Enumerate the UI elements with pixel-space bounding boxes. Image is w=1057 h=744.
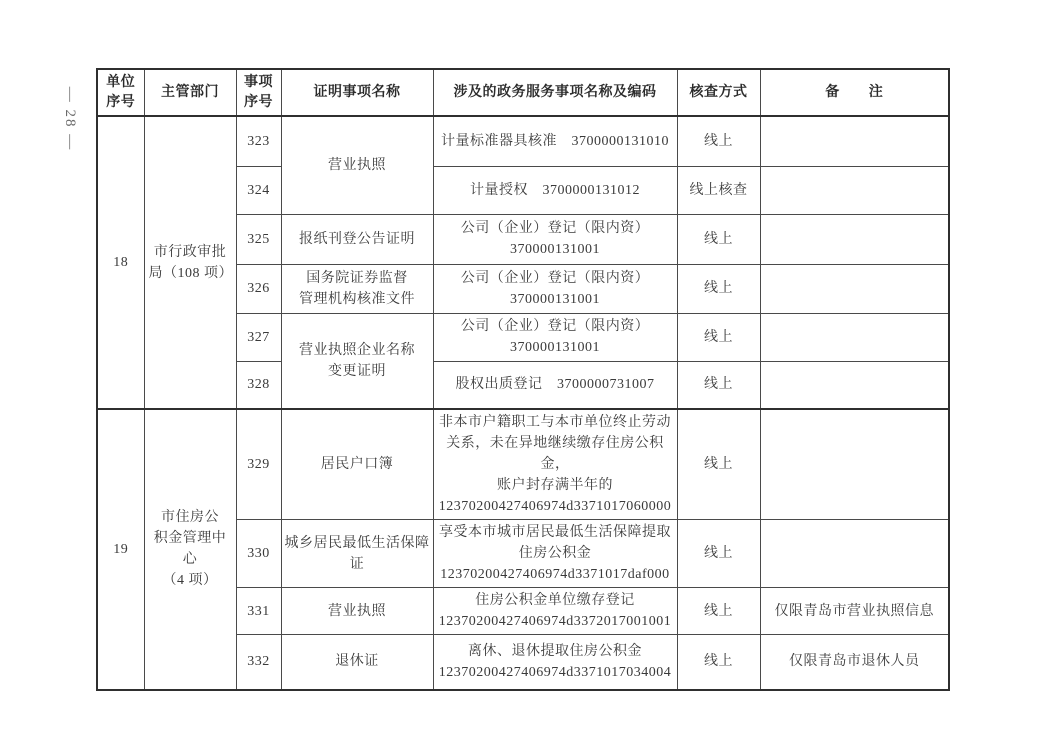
page-number: — 28 — [56,74,78,164]
cell-cert-name: 营业执照企业名称 变更证明 [281,313,433,409]
service-value: 公司（企业）登记（限内资） 370000131001 [438,316,673,358]
cell-remark [760,409,949,520]
cert-name-value: 城乡居民最低生活保障证 [283,533,432,575]
col-header-remark: 备 注 [760,69,949,116]
cell-service: 公司（企业）登记（限内资） 370000131001 [433,264,677,313]
item-serial-value: 325 [241,229,277,250]
cell-item-serial: 326 [236,264,281,313]
item-serial-value: 327 [241,327,277,348]
remark-value: 仅限青岛市营业执照信息 [765,601,945,622]
cell-cert-name: 退休证 [281,635,433,690]
cell-service: 住房公积金单位缴存登记 12370200427406974d3372017001… [433,588,677,635]
service-value: 享受本市城市居民最低生活保障提取 住房公积金 12370200427406974… [438,522,673,585]
cert-name-value: 居民户口簿 [286,454,429,475]
cell-item-serial: 323 [236,116,281,166]
item-serial-value: 330 [241,543,277,564]
table-row: 18 市行政审批 局（108 项） 323 营业执照 计量标准器具核准 3700… [97,116,949,166]
service-value: 离休、退休提取住房公积金 12370200427406974d337101703… [438,641,673,683]
cell-service: 计量授权 3700000131012 [433,166,677,214]
cell-department: 市住房公 积金管理中心 （4 项） [144,409,236,690]
cell-check-method: 线上 [677,588,760,635]
cell-remark [760,361,949,409]
service-value: 公司（企业）登记（限内资） 370000131001 [438,218,673,260]
col-header-check-method-label: 核查方式 [682,83,756,103]
cert-name-value: 退休证 [286,651,429,672]
check-method-value: 线上 [682,651,756,672]
cell-remark [760,520,949,588]
cell-check-method: 线上 [677,409,760,520]
cell-remark [760,214,949,264]
cell-check-method: 线上 [677,635,760,690]
check-method-value: 线上 [682,131,756,152]
cell-service: 公司（企业）登记（限内资） 370000131001 [433,313,677,361]
col-header-remark-label: 备 注 [765,83,945,103]
col-header-service-name: 涉及的政务服务事项名称及编码 [433,69,677,116]
cell-item-serial: 329 [236,409,281,520]
cell-remark [760,166,949,214]
cert-name-value: 国务院证券监督 管理机构核准文件 [286,268,429,310]
cert-name-value: 营业执照企业名称 变更证明 [286,340,429,382]
cert-name-value: 营业执照 [286,601,429,622]
cell-service: 公司（企业）登记（限内资） 370000131001 [433,214,677,264]
cell-item-serial: 327 [236,313,281,361]
cell-unit-serial: 19 [97,409,144,690]
cell-remark: 仅限青岛市退休人员 [760,635,949,690]
cell-service: 非本市户籍职工与本市单位终止劳动 关系，未在异地继续缴存住房公积金， 账户封存满… [433,409,677,520]
cell-item-serial: 325 [236,214,281,264]
cert-name-value: 营业执照 [286,155,429,176]
item-serial-value: 328 [241,374,277,395]
item-serial-value: 324 [241,180,277,201]
check-method-value: 线上 [682,543,756,564]
department-value: 市行政审批 局（108 项） [149,242,232,284]
item-serial-value: 332 [241,651,277,672]
col-header-unit-serial-label: 单位 序号 [102,73,140,113]
cell-cert-name: 居民户口簿 [281,409,433,520]
item-serial-value: 326 [241,278,277,299]
cell-cert-name: 城乡居民最低生活保障证 [281,520,433,588]
check-method-value: 线上 [682,278,756,299]
check-method-value: 线上 [682,374,756,395]
cell-item-serial: 328 [236,361,281,409]
table-row: 19 市住房公 积金管理中心 （4 项） 329 居民户口簿 非本市户籍职工与本… [97,409,949,520]
cell-unit-serial: 18 [97,116,144,409]
cell-item-serial: 331 [236,588,281,635]
cell-item-serial: 324 [236,166,281,214]
cell-check-method: 线上 [677,264,760,313]
cell-check-method: 线上 [677,313,760,361]
col-header-check-method: 核查方式 [677,69,760,116]
cell-check-method: 线上核查 [677,166,760,214]
cell-item-serial: 332 [236,635,281,690]
document-page: — 28 — 单位 序号 主管部门 事项 序号 证明事项名称 涉及的政务服务事项… [0,0,1057,744]
cell-service: 股权出质登记 3700000731007 [433,361,677,409]
service-value: 计量授权 3700000131012 [438,180,673,201]
cell-item-serial: 330 [236,520,281,588]
unit-serial-value: 19 [102,539,140,560]
service-value: 住房公积金单位缴存登记 12370200427406974d3372017001… [438,590,673,632]
cell-department: 市行政审批 局（108 项） [144,116,236,409]
cell-remark [760,313,949,361]
item-serial-value: 323 [241,131,277,152]
check-method-value: 线上 [682,327,756,348]
service-value: 计量标准器具核准 3700000131010 [438,131,673,152]
item-serial-value: 329 [241,454,277,475]
cell-remark [760,116,949,166]
col-header-unit-serial: 单位 序号 [97,69,144,116]
cell-service: 计量标准器具核准 3700000131010 [433,116,677,166]
unit-serial-value: 18 [102,252,140,273]
col-header-service-name-label: 涉及的政务服务事项名称及编码 [438,83,673,103]
check-method-value: 线上 [682,229,756,250]
cell-check-method: 线上 [677,116,760,166]
item-serial-value: 331 [241,601,277,622]
cell-cert-name: 国务院证券监督 管理机构核准文件 [281,264,433,313]
cell-check-method: 线上 [677,361,760,409]
service-value: 公司（企业）登记（限内资） 370000131001 [438,268,673,310]
cell-cert-name: 营业执照 [281,588,433,635]
cell-service: 享受本市城市居民最低生活保障提取 住房公积金 12370200427406974… [433,520,677,588]
col-header-item-serial: 事项 序号 [236,69,281,116]
remark-value: 仅限青岛市退休人员 [765,651,945,672]
department-value: 市住房公 积金管理中心 （4 项） [149,507,232,591]
check-method-value: 线上 [682,601,756,622]
col-header-cert-name-label: 证明事项名称 [286,83,429,103]
cell-cert-name: 报纸刊登公告证明 [281,214,433,264]
service-value: 股权出质登记 3700000731007 [438,374,673,395]
col-header-cert-name: 证明事项名称 [281,69,433,116]
cell-check-method: 线上 [677,520,760,588]
table-header-row: 单位 序号 主管部门 事项 序号 证明事项名称 涉及的政务服务事项名称及编码 核… [97,69,949,116]
cell-remark [760,264,949,313]
cert-items-table: 单位 序号 主管部门 事项 序号 证明事项名称 涉及的政务服务事项名称及编码 核… [96,68,950,691]
check-method-value: 线上核查 [682,180,756,201]
cell-remark: 仅限青岛市营业执照信息 [760,588,949,635]
cell-service: 离休、退休提取住房公积金 12370200427406974d337101703… [433,635,677,690]
col-header-department: 主管部门 [144,69,236,116]
col-header-department-label: 主管部门 [149,83,232,103]
cert-name-value: 报纸刊登公告证明 [286,229,429,250]
col-header-item-serial-label: 事项 序号 [241,73,277,113]
cell-check-method: 线上 [677,214,760,264]
cell-cert-name: 营业执照 [281,116,433,214]
check-method-value: 线上 [682,454,756,475]
service-value: 非本市户籍职工与本市单位终止劳动 关系，未在异地继续缴存住房公积金， 账户封存满… [438,412,673,517]
